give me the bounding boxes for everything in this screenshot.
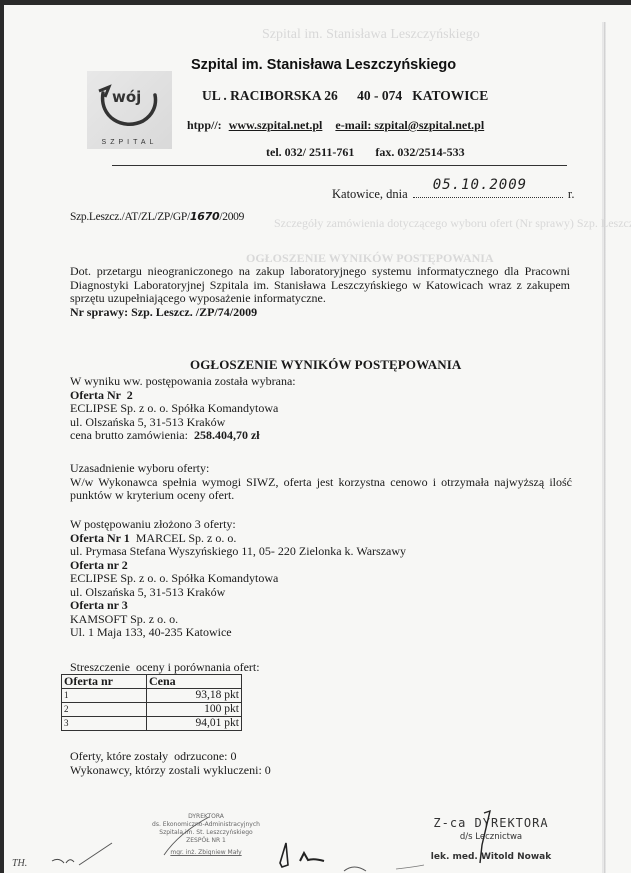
date-prefix: Katowice, dnia xyxy=(332,187,408,201)
stamp-line: mgr. inż. Zbigniew Mały xyxy=(136,849,276,857)
column-header: Oferta nr xyxy=(62,675,147,689)
rejected-count: Oferty, które zostały odrzucone: 0 xyxy=(70,750,271,764)
date-suffix: r. xyxy=(568,187,575,201)
hospital-name: Szpital im. Stanisława Leszczyńskiego xyxy=(191,57,456,73)
hospital-contact: tel. 032/ 2511-761 fax. 032/2514-533 xyxy=(266,145,483,160)
date-line: Katowice, dnia 05.10.2009 r. xyxy=(332,187,575,202)
stamp-title: Z-ca DYREKTORA xyxy=(416,816,566,830)
summary-label: Streszczenie oceny i porównania ofert: xyxy=(70,660,260,675)
reference-suffix: /2009 xyxy=(219,211,244,223)
handwritten-date: 05.10.2009 xyxy=(433,177,527,193)
score-cell: 93,18 pkt xyxy=(147,689,242,703)
offer-company: KAMSOFT Sp. z o. o. xyxy=(70,613,406,627)
price-label: cena brutto zamówienia: xyxy=(70,428,188,442)
date-field: 05.10.2009 xyxy=(413,187,563,198)
submitted-offers: W postępowaniu złożono 3 oferty: Oferta … xyxy=(70,518,406,640)
document-page: Szpital im. Stanisława Leszczyńskiego Sz… xyxy=(4,5,631,873)
justification-label: Uzasadnienie wyboru oferty: xyxy=(70,462,572,476)
selected-price: 258.404,70 zł xyxy=(194,428,260,442)
stamp-name: lek. med. Witold Nowak xyxy=(416,852,566,862)
hospital-web: htpp//: www.szpital.net.pl e-mail: szpit… xyxy=(187,118,484,133)
left-stamp: DYREKTORA ds. Ekonomiczno-Administracyjn… xyxy=(136,813,276,857)
selected-offer: W wyniku ww. postępowania została wybran… xyxy=(70,375,296,443)
hospital-address: UL . RACIBORSKA 26 40 - 074 KATOWICE xyxy=(202,88,504,104)
justification: Uzasadnienie wyboru oferty: W/w Wykonawc… xyxy=(70,462,572,503)
offer-number-cell: 2 xyxy=(62,703,147,717)
table-row: 2 100 pkt xyxy=(62,703,242,717)
stamp-line: DYREKTORA xyxy=(136,813,276,821)
score-cell: 100 pkt xyxy=(147,703,242,717)
offer-number-cell: 3 xyxy=(62,717,147,731)
email-link[interactable]: e-mail: szpital@szpital.net.pl xyxy=(335,118,484,132)
web-prefix: htpp//: xyxy=(187,118,222,132)
offer-company: MARCEL Sp. z o. o. xyxy=(136,531,237,545)
document-title: OGŁOSZENIE WYNIKÓW POSTĘPOWANIA xyxy=(190,357,461,373)
street: UL . RACIBORSKA 26 xyxy=(202,88,338,103)
score-cell: 94,01 pkt xyxy=(147,717,242,731)
justification-text: W/w Wykonawca spełnia wymogi SIWZ, ofert… xyxy=(70,476,572,503)
offer-address: ul. Prymasa Stefana Wyszyńskiego 11, 05-… xyxy=(70,545,406,559)
reference-prefix: Szp.Leszcz./AT/ZL/ZP/GP/ xyxy=(70,211,190,223)
handwritten-reference: 1670 xyxy=(190,210,219,223)
phone: tel. 032/ 2511-761 xyxy=(266,145,354,159)
column-header: Cena xyxy=(147,675,242,689)
stamp-subtitle: d/s Lecznictwa xyxy=(416,832,566,842)
offer-label: Oferta nr 2 xyxy=(70,558,128,572)
offers-lead: W postępowaniu złożono 3 oferty: xyxy=(70,518,406,532)
offer-address: ul. Olszańska 5, 31-513 Kraków xyxy=(70,586,406,600)
bleed-through-text: Szpital im. Stanisława Leszczyńskiego xyxy=(262,27,480,43)
offer-company: ECLIPSE Sp. z o. o. Spółka Komandytowa xyxy=(70,572,406,586)
smile-logo-icon: wój xyxy=(95,77,165,132)
postal-city: 40 - 074 KATOWICE xyxy=(357,88,488,103)
bleed-through-text: Szczegóły zamówienia dotyczącego wyboru … xyxy=(274,216,631,231)
initials: TH. xyxy=(12,858,27,869)
stamp-line: ZESPÓŁ NR 1 xyxy=(136,837,276,845)
table-row: 1 93,18 pkt xyxy=(62,689,242,703)
scores-table: Oferta nr Cena 1 93,18 pkt 2 100 pkt 3 9… xyxy=(61,674,242,731)
subject-text: Dot. przetargu nieograniczonego na zakup… xyxy=(70,264,570,305)
stamp-line: ds. Ekonomiczno-Administracyjnych xyxy=(136,821,276,829)
fax: fax. 032/2514-533 xyxy=(375,145,464,159)
hospital-logo: wój SZPITAL xyxy=(87,71,172,149)
subject-paragraph: Dot. przetargu nieograniczonego na zakup… xyxy=(70,265,570,319)
selected-lead: W wyniku ww. postępowania została wybran… xyxy=(70,375,296,389)
right-stamp: Z-ca DYREKTORA d/s Lecznictwa lek. med. … xyxy=(416,816,566,862)
offer-address: Ul. 1 Maja 133, 40-235 Katowice xyxy=(70,626,406,640)
header-divider xyxy=(112,165,567,166)
svg-text:wój: wój xyxy=(112,88,141,106)
table-row: 3 94,01 pkt xyxy=(62,717,242,731)
page-edge xyxy=(602,22,606,873)
website-link[interactable]: www.szpital.net.pl xyxy=(229,118,323,132)
case-number: Nr sprawy: Szp. Leszcz. /ZP/74/2009 xyxy=(70,306,570,320)
selected-address: ul. Olszańska 5, 31-513 Kraków xyxy=(70,416,296,430)
offer-number-cell: 1 xyxy=(62,689,147,703)
reference-number: Szp.Leszcz./AT/ZL/ZP/GP/1670/2009 xyxy=(70,210,244,223)
offer-label: Oferta Nr 1 xyxy=(70,531,130,545)
selected-company: ECLIPSE Sp. z o. o. Spółka Komandytowa xyxy=(70,402,296,416)
selected-offer-label: Oferta Nr 2 xyxy=(70,388,133,402)
stamp-line: Szpitala im. St. Leszczyńskiego xyxy=(136,829,276,837)
offer-label: Oferta nr 3 xyxy=(70,598,128,612)
excluded-count: Wykonawcy, którzy zostali wykluczeni: 0 xyxy=(70,764,271,778)
logo-caption: SZPITAL xyxy=(87,139,172,146)
closing-notes: Oferty, które zostały odrzucone: 0 Wykon… xyxy=(70,750,271,777)
